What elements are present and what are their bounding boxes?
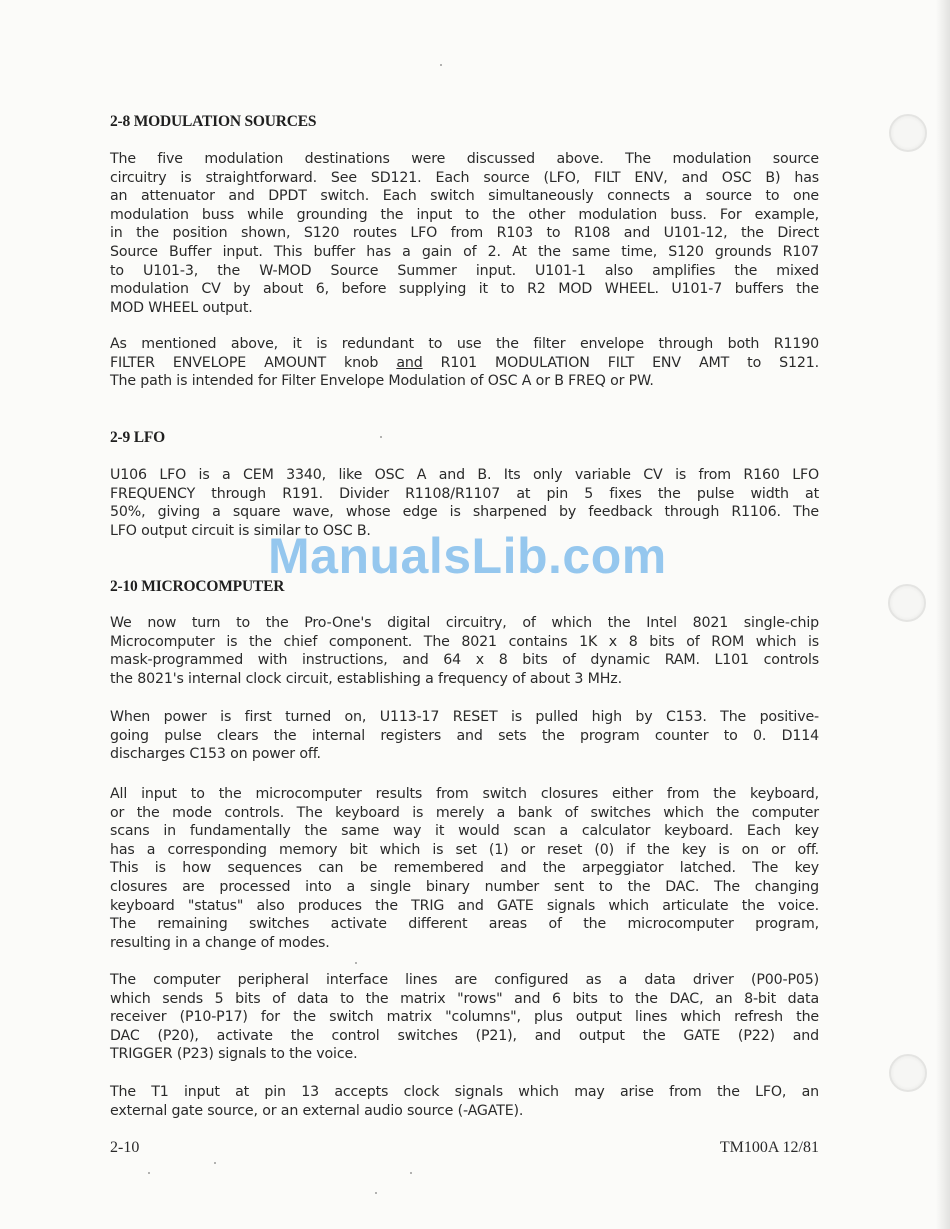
text-line: All input to the microcomputer results f… bbox=[110, 785, 819, 804]
paragraph-microcomputer-1: We now turn to the Pro-One's digital cir… bbox=[110, 614, 819, 688]
footer-page-number: 2-10 bbox=[110, 1139, 139, 1157]
text-line: The path is intended for Filter Envelope… bbox=[110, 372, 819, 391]
section-heading-modulation-sources: 2-8 MODULATION SOURCES bbox=[110, 113, 316, 131]
scan-speck bbox=[380, 436, 382, 438]
text-line: We now turn to the Pro-One's digital cir… bbox=[110, 614, 819, 633]
text-line: The remaining switches activate differen… bbox=[110, 915, 819, 934]
scan-speck bbox=[440, 64, 442, 66]
section-heading-lfo: 2-9 LFO bbox=[110, 429, 165, 447]
text-line: Source Buffer input. This buffer has a g… bbox=[110, 243, 819, 262]
text-line: modulation buss while grounding the inpu… bbox=[110, 206, 819, 225]
paragraph-microcomputer-5: The T1 input at pin 13 accepts clock sig… bbox=[110, 1083, 819, 1120]
paragraph-microcomputer-2: When power is first turned on, U113-17 R… bbox=[110, 708, 819, 764]
scan-speck bbox=[410, 1172, 412, 1174]
text-line: The five modulation destinations were di… bbox=[110, 150, 819, 169]
text-line: receiver (P10-P17) for the switch matrix… bbox=[110, 1008, 819, 1027]
text-line: an attenuator and DPDT switch. Each swit… bbox=[110, 187, 819, 206]
binder-hole-top bbox=[889, 114, 927, 152]
text-line: Microcomputer is the chief component. Th… bbox=[110, 633, 819, 652]
text-line: circuitry is straightforward. See SD121.… bbox=[110, 169, 819, 188]
paragraph-microcomputer-3: All input to the microcomputer results f… bbox=[110, 785, 819, 952]
text-line: FREQUENCY through R191. Divider R1108/R1… bbox=[110, 485, 819, 504]
text-line: MOD WHEEL output. bbox=[110, 299, 819, 318]
text-line: or the mode controls. The keyboard is me… bbox=[110, 804, 819, 823]
scan-speck bbox=[214, 1162, 216, 1164]
text-line: closures are processed into a single bin… bbox=[110, 878, 819, 897]
text-line: the 8021's internal clock circuit, estab… bbox=[110, 670, 819, 689]
text-line: scans in fundamentally the same way it w… bbox=[110, 822, 819, 841]
text-line: TRIGGER (P23) signals to the voice. bbox=[110, 1045, 819, 1064]
text-line: external gate source, or an external aud… bbox=[110, 1102, 819, 1121]
text-line: The computer peripheral interface lines … bbox=[110, 971, 819, 990]
binder-hole-middle bbox=[888, 584, 926, 622]
section-heading-microcomputer: 2-10 MICROCOMPUTER bbox=[110, 578, 284, 596]
page-edge-shadow bbox=[936, 0, 950, 1229]
paragraph-modulation-sources-1: The five modulation destinations were di… bbox=[110, 150, 819, 317]
scan-speck bbox=[355, 962, 357, 964]
scan-speck bbox=[375, 1192, 377, 1194]
text-line: 50%, giving a square wave, whose edge is… bbox=[110, 503, 819, 522]
text-line: U106 LFO is a CEM 3340, like OSC A and B… bbox=[110, 466, 819, 485]
binder-hole-bottom bbox=[889, 1054, 927, 1092]
watermark: ManualsLib.com bbox=[268, 527, 667, 585]
text-line: in the position shown, S120 routes LFO f… bbox=[110, 224, 819, 243]
text-line: The T1 input at pin 13 accepts clock sig… bbox=[110, 1083, 819, 1102]
text-line: This is how sequences can be remembered … bbox=[110, 859, 819, 878]
text-line: FILTER ENVELOPE AMOUNT knob and R101 MOD… bbox=[110, 354, 819, 373]
text-line: to U101-3, the W-MOD Source Summer input… bbox=[110, 262, 819, 281]
text-line: which sends 5 bits of data to the matrix… bbox=[110, 990, 819, 1009]
text-line: has a corresponding memory bit which is … bbox=[110, 841, 819, 860]
text-line: DAC (P20), activate the control switches… bbox=[110, 1027, 819, 1046]
text-line: discharges C153 on power off. bbox=[110, 745, 819, 764]
underlined-word: and bbox=[396, 355, 422, 371]
text-line: When power is first turned on, U113-17 R… bbox=[110, 708, 819, 727]
text-line: As mentioned above, it is redundant to u… bbox=[110, 335, 819, 354]
text-line: mask-programmed with instructions, and 6… bbox=[110, 651, 819, 670]
text-line: resulting in a change of modes. bbox=[110, 934, 819, 953]
text-line: keyboard "status" also produces the TRIG… bbox=[110, 897, 819, 916]
text-line: modulation CV by about 6, before supplyi… bbox=[110, 280, 819, 299]
text-line: going pulse clears the internal register… bbox=[110, 727, 819, 746]
footer-doc-id: TM100A 12/81 bbox=[720, 1139, 819, 1157]
scan-speck bbox=[148, 1172, 150, 1174]
paragraph-microcomputer-4: The computer peripheral interface lines … bbox=[110, 971, 819, 1064]
paragraph-modulation-sources-2: As mentioned above, it is redundant to u… bbox=[110, 335, 819, 391]
